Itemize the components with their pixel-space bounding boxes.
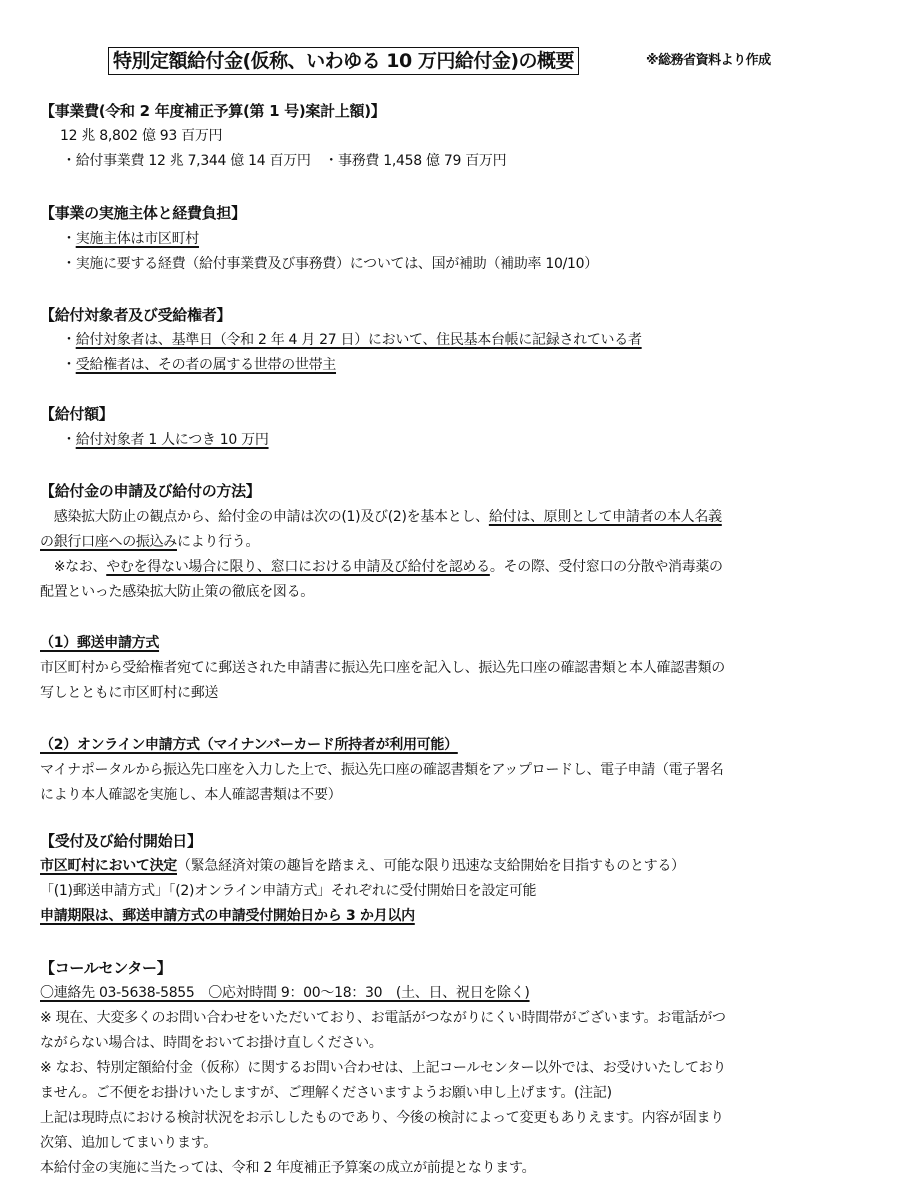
start-heading: 【受付及び給付開始日】: [40, 831, 202, 851]
eligibility-heading: 【給付対象者及び受給権者】: [40, 305, 231, 325]
mail-method-line-1: 市区町村から受給権者宛てに郵送された申請書に振込先口座を記入し、振込先口座の確認…: [40, 658, 725, 678]
budget-total: 12 兆 8,802 億 93 百万円: [60, 126, 222, 146]
online-method-line-1: マイナポータルから振込先口座を入力した上で、振込先口座の確認書類をアップロードし…: [40, 760, 723, 780]
method-emphasis: の銀行口座への振込み: [40, 534, 177, 550]
budget-breakdown: ・給付事業費 12 兆 7,344 億 14 百万円 ・事務費 1,458 億 …: [62, 151, 506, 171]
method-paragraph-2-line-1: ※なお、やむを得ない場合に限り、窓口における申請及び給付を認める。その際、受付窓…: [40, 557, 723, 577]
callcenter-note-2-line-2: ません。ご不便をお掛けいたしますが、ご理解くださいますようお願い申し上げます。(…: [40, 1083, 612, 1103]
eligibility-bullet-1: ・給付対象者は、基準日（令和 2 年 4 月 27 日）において、住民基本台帳に…: [62, 330, 642, 350]
bullet-marker: ・: [62, 432, 76, 448]
callcenter-contact: 〇連絡先 03-5638-5855 〇応対時間 9：00～18：30 (土、日、…: [40, 983, 530, 1003]
method-text: により行う。: [177, 534, 259, 550]
online-method-heading: （2）オンライン申請方式（マイナンバーカード所持者が利用可能）: [40, 735, 458, 755]
source-note: ※総務省資料より作成: [646, 51, 771, 71]
start-line-2: 「(1)郵送申請方式」「(2)オンライン申請方式」それぞれに受付開始日を設定可能: [40, 881, 536, 901]
online-method-line-2: により本人確認を実施し、本人確認書類は不要）: [40, 785, 341, 805]
callcenter-note-2-line-1: ※ なお、特別定額給付金（仮称）に関するお問い合わせは、上記コールセンター以外で…: [40, 1058, 726, 1078]
implementer-bullet-1: ・実施主体は市区町村: [62, 229, 199, 249]
callcenter-heading: 【コールセンター】: [40, 958, 171, 978]
disclaimer-line-1: 上記は現時点における検討状況をお示ししたものであり、今後の検討によって変更もあり…: [40, 1108, 724, 1128]
amount-bullet-1-text: 給付対象者 1 人につき 10 万円: [76, 432, 269, 448]
method-paragraph-1-line-2: の銀行口座への振込みにより行う。: [40, 532, 259, 552]
method-emphasis: 給付は、原則として申請者の本人名義: [489, 509, 722, 525]
bullet-marker: ・: [62, 332, 76, 348]
eligibility-bullet-2-text: 受給権者は、その者の属する世帯の世帯主: [76, 357, 336, 373]
disclaimer-line-2: 次第、追加してまいります。: [40, 1133, 217, 1153]
method-heading: 【給付金の申請及び給付の方法】: [40, 481, 261, 501]
callcenter-note-1-line-1: ※ 現在、大変多くのお問い合わせをいただいており、お電話がつながりにくい時間帯が…: [40, 1008, 726, 1028]
method-text: 感染拡大防止の観点から、給付金の申請は次の(1)及び(2)を基本とし、: [40, 509, 489, 525]
document-title: 特別定額給付金(仮称、いわゆる 10 万円給付金)の概要: [108, 47, 579, 75]
budget-prerequisite-note: 本給付金の実施に当たっては、令和 2 年度補正予算案の成立が前提となります。: [40, 1158, 535, 1178]
budget-heading: 【事業費(令和 2 年度補正予算(第 1 号)案計上額)】: [40, 101, 386, 121]
method-paragraph-2-line-2: 配置といった感染拡大防止策の徹底を図る。: [40, 582, 314, 602]
amount-bullet-1: ・給付対象者 1 人につき 10 万円: [62, 430, 269, 450]
implementer-bullet-1-text: 実施主体は市区町村: [76, 231, 199, 247]
method-text: ※なお、: [40, 559, 106, 575]
method-emphasis: やむを得ない場合に限り、窓口における申請及び給付を認める: [106, 559, 490, 575]
bullet-marker: ・: [62, 231, 76, 247]
start-emphasis: 市区町村において決定: [40, 858, 177, 874]
implementer-bullet-2: ・実施に要する経費（給付事業費及び事務費）については、国が補助（補助率 10/1…: [62, 254, 598, 274]
callcenter-note-1-line-2: ながらない場合は、時間をおいてお掛け直しください。: [40, 1033, 383, 1053]
amount-heading: 【給付額】: [40, 404, 114, 424]
start-line-1: 市区町村において決定（緊急経済対策の趣旨を踏まえ、可能な限り迅速な支給開始を目指…: [40, 856, 685, 876]
eligibility-bullet-1-text: 給付対象者は、基準日（令和 2 年 4 月 27 日）において、住民基本台帳に記…: [76, 332, 642, 348]
bullet-marker: ・: [62, 357, 76, 373]
start-text: （緊急経済対策の趣旨を踏まえ、可能な限り迅速な支給開始を目指すものとする）: [177, 858, 685, 874]
implementer-heading: 【事業の実施主体と経費負担】: [40, 203, 246, 223]
start-deadline: 申請期限は、郵送申請方式の申請受付開始日から 3 か月以内: [40, 906, 415, 926]
mail-method-heading: （1）郵送申請方式: [40, 633, 159, 653]
mail-method-line-2: 写しとともに市区町村に郵送: [40, 683, 218, 703]
method-paragraph-1-line-1: 感染拡大防止の観点から、給付金の申請は次の(1)及び(2)を基本とし、給付は、原…: [40, 507, 722, 527]
eligibility-bullet-2: ・受給権者は、その者の属する世帯の世帯主: [62, 355, 336, 375]
method-text: 。その際、受付窓口の分散や消毒薬の: [490, 559, 723, 575]
